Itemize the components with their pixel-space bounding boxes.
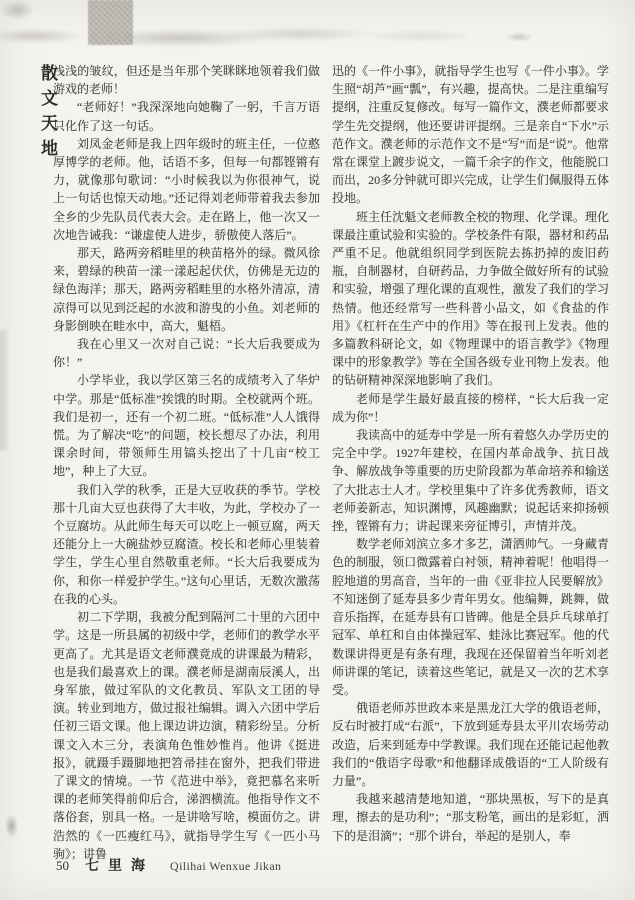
paragraph: 浅浅的皱纹，但还是当年那个笑眯眯地领着我们做游戏的老师！ — [53, 62, 320, 98]
paragraph: 刘凤金老师是我上四年级时的班主任，一位憨厚博学的老师。他，话语不多，但每一句都铿… — [53, 135, 320, 244]
magazine-page: 散文天地 浅浅的皱纹，但还是当年那个笑眯眯地领着我们做游戏的老师！“老师好！”我… — [0, 0, 635, 900]
paragraph: 我在心里又一次对自己说：“长大后我要成为你！” — [53, 335, 320, 371]
paragraph: 数学老师刘滨立多才多艺，潇洒帅气。一身藏青色的制服，领口微露着白衬领，精神着呢！… — [332, 535, 609, 699]
scan-smudge-bottom-left — [5, 814, 18, 838]
paragraph: 班主任沈魁文老师教全校的物理、化学课。理化课最注重试验和实验的。学校条件有限，器… — [332, 208, 609, 390]
article-column-right: 迅的《一件小事》，就指导学生也写《一件小事》。学生照“胡芦”画“瓢”，有兴趣，提… — [332, 62, 609, 863]
paragraph: 那天，路两旁稻畦里的秧苗格外的绿。微风徐来，碧绿的秧苗一漾一漾起起伏伏，仿佛是无… — [53, 244, 320, 335]
journal-title-cn: 七里海 — [85, 855, 154, 875]
scan-speck — [505, 32, 533, 42]
article-body: 浅浅的皱纹，但还是当年那个笑眯眯地领着我们做游戏的老师！“老师好！”我深深地向她… — [53, 62, 609, 863]
paragraph: 我越来越清楚地知道，“那块黑板，写下的是真理，擦去的是功利”；“那支粉笔，画出的… — [332, 790, 609, 845]
paragraph: 我们入学的秋季，正是大豆收获的季节。学校那十几亩大豆也获得了大丰收，为此，学校办… — [53, 481, 320, 608]
paragraph: 我读高中的延寿中学是一所有着悠久办学历史的完全中学。1927年建校，在国内革命战… — [332, 426, 609, 535]
paragraph: 小学毕业，我以学区第三名的成绩考入了华炉中学。那是“低标准”挨饿的时期。全校就两… — [53, 371, 320, 480]
paragraph: 老师是学生最好最直接的榜样，“长大后我一定成为你”！ — [332, 390, 609, 426]
paragraph: “老师好！”我深深地向她鞠了一躬，千言万语只化作了这一句话。 — [53, 98, 320, 134]
scan-smudge — [0, 0, 34, 20]
paragraph: 初二下学期，我被分配到隔河二十里的六团中学。这是一所县属的初级中学，老师们的教学… — [53, 608, 320, 863]
journal-title-pinyin: Qilihai Wenxue Jikan — [170, 859, 281, 874]
watermark-tower-block — [88, 0, 133, 45]
scan-smudge-left-edge — [0, 330, 10, 450]
page-footer: 50 七里海 Qilihai Wenxue Jikan — [56, 855, 281, 875]
paragraph: 迅的《一件小事》，就指导学生也写《一件小事》。学生照“胡芦”画“瓢”，有兴趣，提… — [332, 62, 609, 208]
header-decoration-image — [0, 0, 635, 60]
paragraph: 俄语老师苏世政本来是黑龙江大学的俄语老师，反右时被打成“右派”，下放到延寿县太平… — [332, 699, 609, 790]
watermark-landscape-band — [0, 20, 470, 48]
article-column-left: 浅浅的皱纹，但还是当年那个笑眯眯地领着我们做游戏的老师！“老师好！”我深深地向她… — [53, 62, 320, 863]
page-number: 50 — [56, 858, 69, 874]
